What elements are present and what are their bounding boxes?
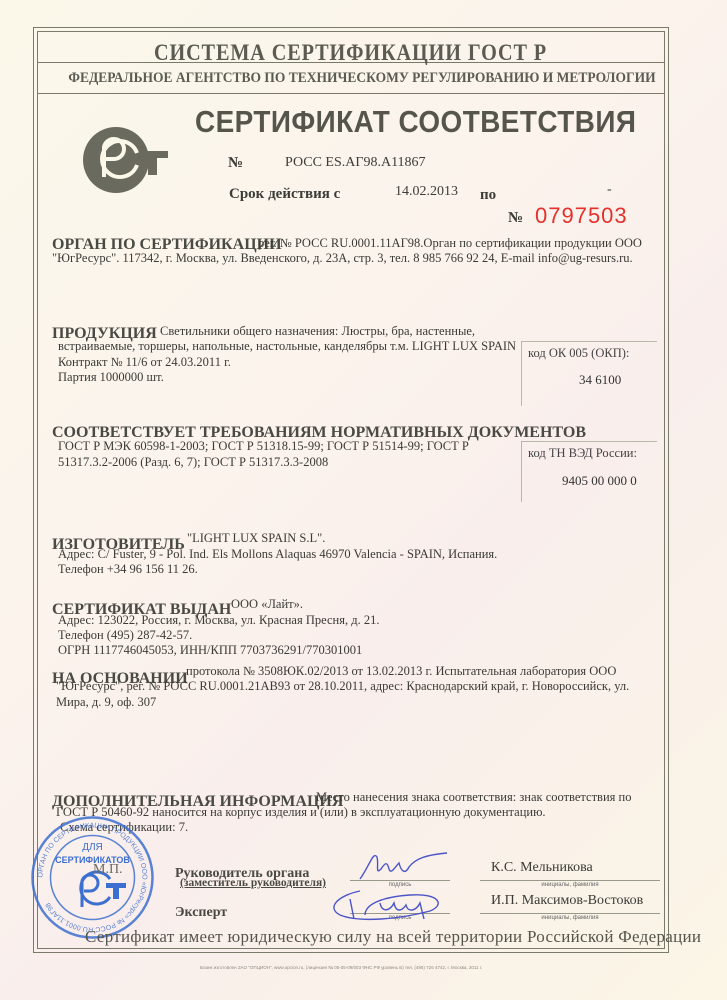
head-sub-label: (заместитель руководителя) bbox=[180, 877, 326, 889]
serial-number: 0797503 bbox=[535, 203, 628, 229]
tnved-label: код ТН ВЭД России: bbox=[528, 446, 637, 461]
conformity-line2: 51317.3.2-2006 (Разд. 6, 7); ГОСТ Р 5131… bbox=[58, 455, 328, 471]
head-signature-icon bbox=[355, 845, 450, 883]
expert-label: Эксперт bbox=[175, 905, 227, 921]
valid-to-label: по bbox=[480, 187, 496, 204]
head-name-caption: инициалы, фамилия bbox=[480, 882, 660, 888]
stamp-mp: М.П. bbox=[93, 862, 123, 878]
basis-line1: протокола № 3508ЮК.02/2013 от 13.02.2013… bbox=[186, 664, 616, 680]
basis-line3: Мира, д. 9, оф. 307 bbox=[56, 695, 156, 711]
expert-name: И.П. Максимов-Востоков bbox=[491, 893, 643, 909]
certificate-number: РОСС ES.АГ98.А11867 bbox=[285, 155, 426, 171]
product-line2: встраиваемые, торшеры, напольные, настол… bbox=[58, 339, 516, 355]
product-line3: Контракт № 11/6 от 24.03.2011 г. bbox=[58, 355, 231, 371]
okp-code-box: код ОК 005 (ОКП): 34 6100 bbox=[521, 341, 657, 406]
okp-label: код ОК 005 (ОКП): bbox=[528, 346, 629, 361]
head-name: К.С. Мельникова bbox=[491, 860, 593, 876]
issued-to-ids: ОГРН 1117746045053, ИНН/КПП 7703736291/7… bbox=[58, 643, 362, 659]
certificate-title: СЕРТИФИКАТ СООТВЕТСТВИЯ bbox=[195, 104, 636, 140]
number-label: № bbox=[228, 155, 243, 172]
okp-value: 34 6100 bbox=[579, 372, 621, 388]
cert-body-line1: рег. № РОСС RU.0001.11АГ98.Орган по серт… bbox=[258, 236, 642, 252]
valid-to: - bbox=[607, 182, 612, 198]
valid-from: 14.02.2013 bbox=[395, 184, 458, 200]
issued-to-address: Адрес: 123022, Россия, г. Москва, ул. Кр… bbox=[58, 613, 379, 629]
validity-label: Срок действия с bbox=[229, 186, 340, 203]
conformity-line1: ГОСТ Р МЭК 60598-1-2003; ГОСТ Р 51318.15… bbox=[58, 439, 469, 455]
head-name-line bbox=[480, 880, 660, 881]
product-line4: Партия 1000000 шт. bbox=[58, 370, 164, 386]
additional-line1: Место нанесения знака соответствия: знак… bbox=[316, 790, 631, 806]
manufacturer-name: "LIGHT LUX SPAIN S.L". bbox=[187, 531, 325, 547]
expert-name-caption: инициалы, фамилия bbox=[480, 915, 660, 921]
header-divider bbox=[37, 93, 664, 94]
product-line1: Светильники общего назначения: Люстры, б… bbox=[160, 324, 475, 340]
system-title: СИСТЕМА СЕРТИФИКАЦИИ ГОСТ Р bbox=[75, 40, 627, 66]
agency-name: ФЕДЕРАЛЬНОЕ АГЕНТСТВО ПО ТЕХНИЧЕСКОМУ РЕ… bbox=[68, 70, 632, 87]
rst-logo-icon bbox=[82, 125, 172, 195]
stamp-top-text: ДЛЯ bbox=[82, 842, 103, 853]
issued-to-phone: Телефон (495) 287-42-57. bbox=[58, 628, 192, 644]
manufacturer-address: Адрес: C/ Fuster, 9 - Pol. Ind. Els Moll… bbox=[58, 547, 497, 563]
printer-imprint: Бланк изготовлен ЗАО "ОПЦИОН", www.opcio… bbox=[200, 965, 482, 970]
manufacturer-phone: Телефон +34 96 156 11 26. bbox=[58, 562, 198, 578]
serial-label: № bbox=[508, 210, 523, 227]
tnved-value: 9405 00 000 0 bbox=[562, 473, 637, 489]
tnved-code-box: код ТН ВЭД России: 9405 00 000 0 bbox=[521, 441, 657, 502]
issued-to-name: ООО «Лайт». bbox=[231, 597, 303, 613]
expert-signature-icon bbox=[320, 885, 455, 925]
basis-line2: "ЮгРесурс", рег. № РОСС RU.0001.21АВ93 о… bbox=[56, 679, 629, 695]
expert-name-line bbox=[480, 913, 660, 914]
cert-body-line2: "ЮгРесурс". 117342, г. Москва, ул. Введе… bbox=[52, 251, 633, 267]
legal-statement: Сертификат имеет юридическую силу на все… bbox=[85, 927, 701, 947]
